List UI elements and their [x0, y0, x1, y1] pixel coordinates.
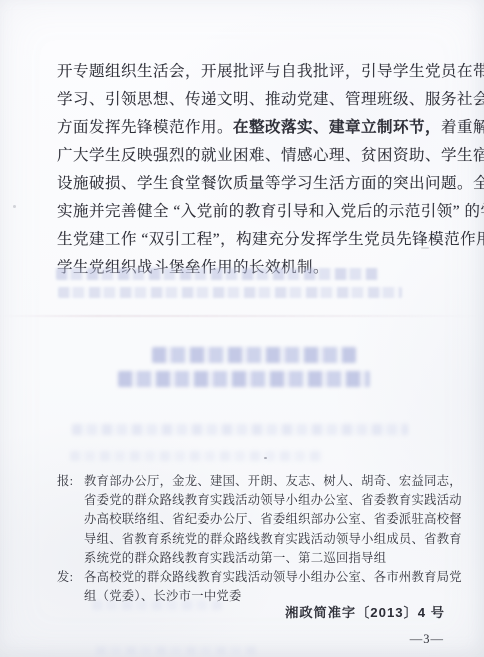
body-text: 着重解决: [441, 119, 484, 136]
report-line: 教育部办公厅，金龙、建国、开朗、友志、树人、胡奇、宏益同志，: [84, 472, 462, 491]
body-text: 学习、引领思想、传递文明、推动党建、管理班级、服务社会等: [57, 91, 484, 108]
paper-crease: [0, 315, 484, 317]
body-text-line: 学习、引领思想、传递文明、推动党建、管理班级、服务社会等: [57, 86, 447, 114]
report-line: 省委党的群众路线教育实践活动领导小组办公室、省委教育实践活动: [84, 491, 462, 510]
scan-speck: [13, 205, 16, 208]
report-line: 导组、省教育系统党的群众路线教育实践活动领导小组成员、省教育: [84, 530, 462, 549]
body-text-bold: 在整改落实、建章立制环节，: [233, 119, 441, 136]
distribute-label: 发:: [57, 568, 84, 587]
body-text-line: 实施并完善健全 “入党前的教育引导和入党后的示范引领” 的学: [57, 198, 447, 226]
body-text-line: 设施破损、学生食堂餐饮质量等学习生活方面的突出问题。全面: [57, 170, 447, 198]
body-text: 广大学生反映强烈的就业困难、情感心理、贫困资助、学生宿舍: [57, 147, 484, 164]
scan-speck: [421, 247, 429, 249]
document-number: 湘政简准字〔2013〕4 号: [285, 602, 445, 621]
distribute-lines: 各高校党的群众路线教育实践活动领导小组办公室、各市州教育局党组（党委）、长沙市一…: [84, 568, 462, 606]
distribute-line: 各高校党的群众路线教育实践活动领导小组办公室、各市州教育局党: [84, 568, 462, 587]
body-paragraph: 开专题组织生活会，开展批评与自我批评，引导学生党员在带动学习、引领思想、传递文明…: [57, 58, 447, 282]
report-label: 报:: [57, 472, 84, 491]
body-text-line: 方面发挥先锋模范作用。在整改落实、建章立制环节，着重解决: [57, 114, 447, 142]
body-text: 开专题组织生活会，开展批评与自我批评，引导学生党员在带动: [57, 63, 484, 80]
page-number: —3—: [410, 632, 444, 647]
distribute-section: 发: 各高校党的群众路线教育实践活动领导小组办公室、各市州教育局党组（党委）、长…: [57, 568, 461, 606]
body-text: 实施并完善健全 “入党前的教育引导和入党后的示范引领” 的学: [57, 203, 484, 220]
body-text-line: 学生党组织战斗堡垒作用的长效机制。: [57, 254, 447, 282]
body-text-line: 生党建工作 “双引工程”，构建充分发挥学生党员先锋模范作用和: [57, 226, 447, 254]
body-text: 生党建工作 “双引工程”，构建充分发挥学生党员先锋模范作用和: [57, 231, 484, 248]
body-text-line: 开专题组织生活会，开展批评与自我批评，引导学生党员在带动: [57, 58, 447, 86]
body-text: 方面发挥先锋模范作用。: [57, 119, 233, 136]
report-line: 办高校联络组、省纪委办公厅、省委组织部办公室、省委派驻高校督: [84, 510, 462, 529]
body-text-line: 广大学生反映强烈的就业困难、情感心理、贫困资助、学生宿舍: [57, 142, 447, 170]
report-lines: 教育部办公厅，金龙、建国、开朗、友志、树人、胡奇、宏益同志，省委党的群众路线教育…: [84, 472, 462, 568]
report-line: 系统党的群众路线教育实践活动第一、第二巡回指导组: [84, 549, 462, 568]
scan-speck: [264, 457, 267, 459]
body-text: 学生党组织战斗堡垒作用的长效机制。: [57, 259, 329, 276]
body-text: 设施破损、学生食堂餐饮质量等学习生活方面的突出问题。全面: [57, 175, 484, 192]
report-section: 报: 教育部办公厅，金龙、建国、开朗、友志、树人、胡奇、宏益同志，省委党的群众路…: [57, 472, 461, 568]
